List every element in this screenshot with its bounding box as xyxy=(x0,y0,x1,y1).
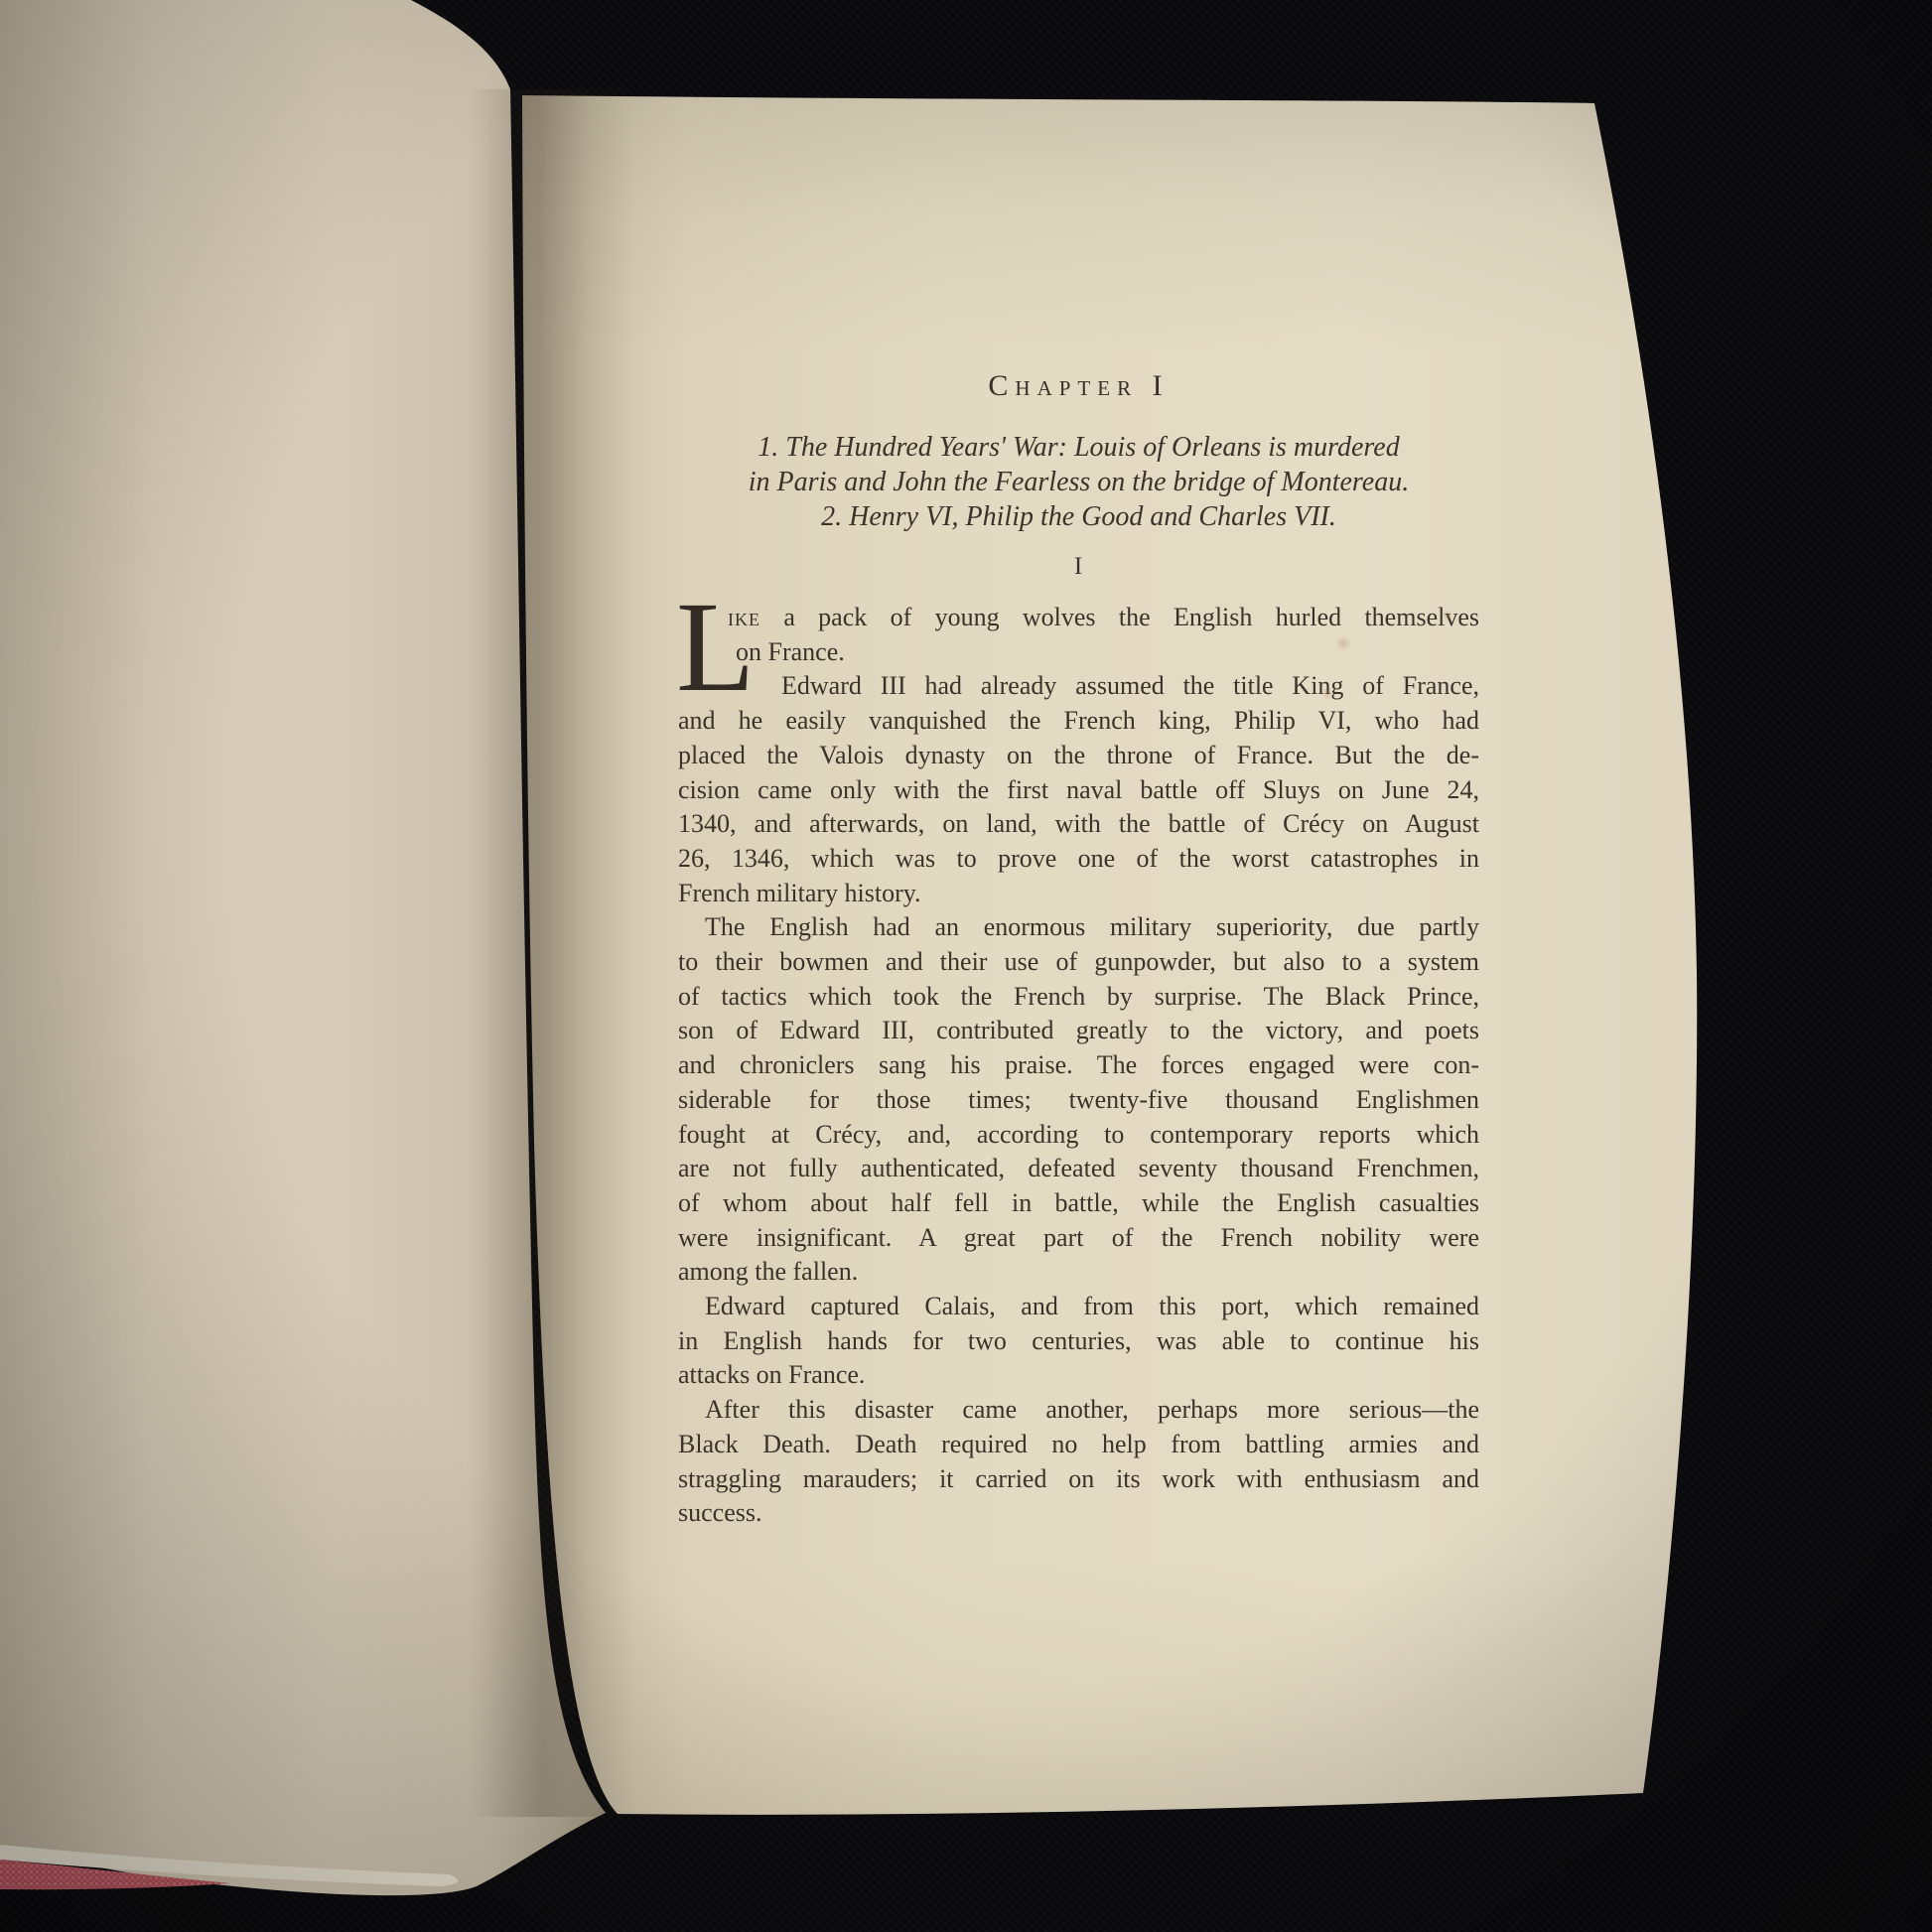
body-line: ike a pack of young wolves the English h… xyxy=(678,601,1479,635)
body-line: After this disaster came another, perhap… xyxy=(678,1393,1479,1428)
body-line: French military history. xyxy=(678,877,1479,911)
body-line: fought at Crécy, and, according to conte… xyxy=(678,1118,1479,1153)
paragraph: Edward captured Calais, and from this po… xyxy=(678,1290,1479,1393)
body-line: son of Edward III, contributed greatly t… xyxy=(678,1014,1479,1048)
body-line: and chroniclers sang his praise. The for… xyxy=(678,1048,1479,1083)
foxing-spot xyxy=(1334,635,1352,651)
paragraph: After this disaster came another, perhap… xyxy=(678,1393,1479,1531)
body-line: attacks on France. xyxy=(678,1358,1479,1393)
body-line: siderable for those times; twenty-five t… xyxy=(678,1083,1479,1118)
body-line: in English hands for two centuries, was … xyxy=(678,1324,1479,1359)
body-line: are not fully authenticated, defeated se… xyxy=(678,1152,1479,1186)
body-line: among the fallen. xyxy=(678,1255,1479,1290)
body-text: L ike a pack of young wolves the English… xyxy=(678,601,1479,1531)
foxing-spot xyxy=(1442,610,1453,621)
body-line: of whom about half fell in battle, while… xyxy=(678,1186,1479,1221)
body-line: Black Death. Death required no help from… xyxy=(678,1428,1479,1462)
body-line: 1340, and afterwards, on land, with the … xyxy=(678,807,1479,842)
chapter-heading: Chapter I xyxy=(678,369,1479,403)
body-line: success. xyxy=(678,1496,1479,1531)
chapter-summary: 1. The Hundred Years' War: Louis of Orle… xyxy=(678,430,1479,534)
body-line: 26, 1346, which was to prove one of the … xyxy=(678,842,1479,877)
body-line: were insignificant. A great part of the … xyxy=(678,1221,1479,1256)
chapter-summary-line: 2. Henry VI, Philip the Good and Charles… xyxy=(678,499,1479,534)
paragraph: The English had an enormous military sup… xyxy=(678,910,1479,1290)
body-line: to their bowmen and their use of gunpowd… xyxy=(678,945,1479,980)
right-page-text: Chapter I 1. The Hundred Years' War: Lou… xyxy=(678,369,1479,1531)
chapter-summary-line: in Paris and John the Fearless on the br… xyxy=(678,465,1479,499)
paragraph: Edward III had already assumed the title… xyxy=(678,669,1479,910)
paragraph: ike a pack of young wolves the English h… xyxy=(678,601,1479,669)
gutter-shadow xyxy=(467,89,635,1817)
section-numeral: I xyxy=(678,552,1479,582)
body-line: cision came only with the first naval ba… xyxy=(678,773,1479,808)
body-line: Edward III had already assumed the title… xyxy=(678,669,1479,704)
body-line: The English had an enormous military sup… xyxy=(678,910,1479,945)
drop-cap: L xyxy=(676,599,755,696)
body-line: placed the Valois dynasty on the throne … xyxy=(678,739,1479,773)
body-line: and he easily vanquished the French king… xyxy=(678,704,1479,739)
foxing-spot xyxy=(1320,687,1334,699)
open-book-photo: Chapter I 1. The Hundred Years' War: Lou… xyxy=(0,0,1932,1932)
chapter-summary-line: 1. The Hundred Years' War: Louis of Orle… xyxy=(678,430,1479,465)
body-line: straggling marauders; it carried on its … xyxy=(678,1462,1479,1497)
body-line: of tactics which took the French by surp… xyxy=(678,980,1479,1015)
body-line: on France. xyxy=(678,635,1479,670)
body-line: Edward captured Calais, and from this po… xyxy=(678,1290,1479,1324)
opening-rest: a pack of young wolves the English hurle… xyxy=(760,603,1479,631)
